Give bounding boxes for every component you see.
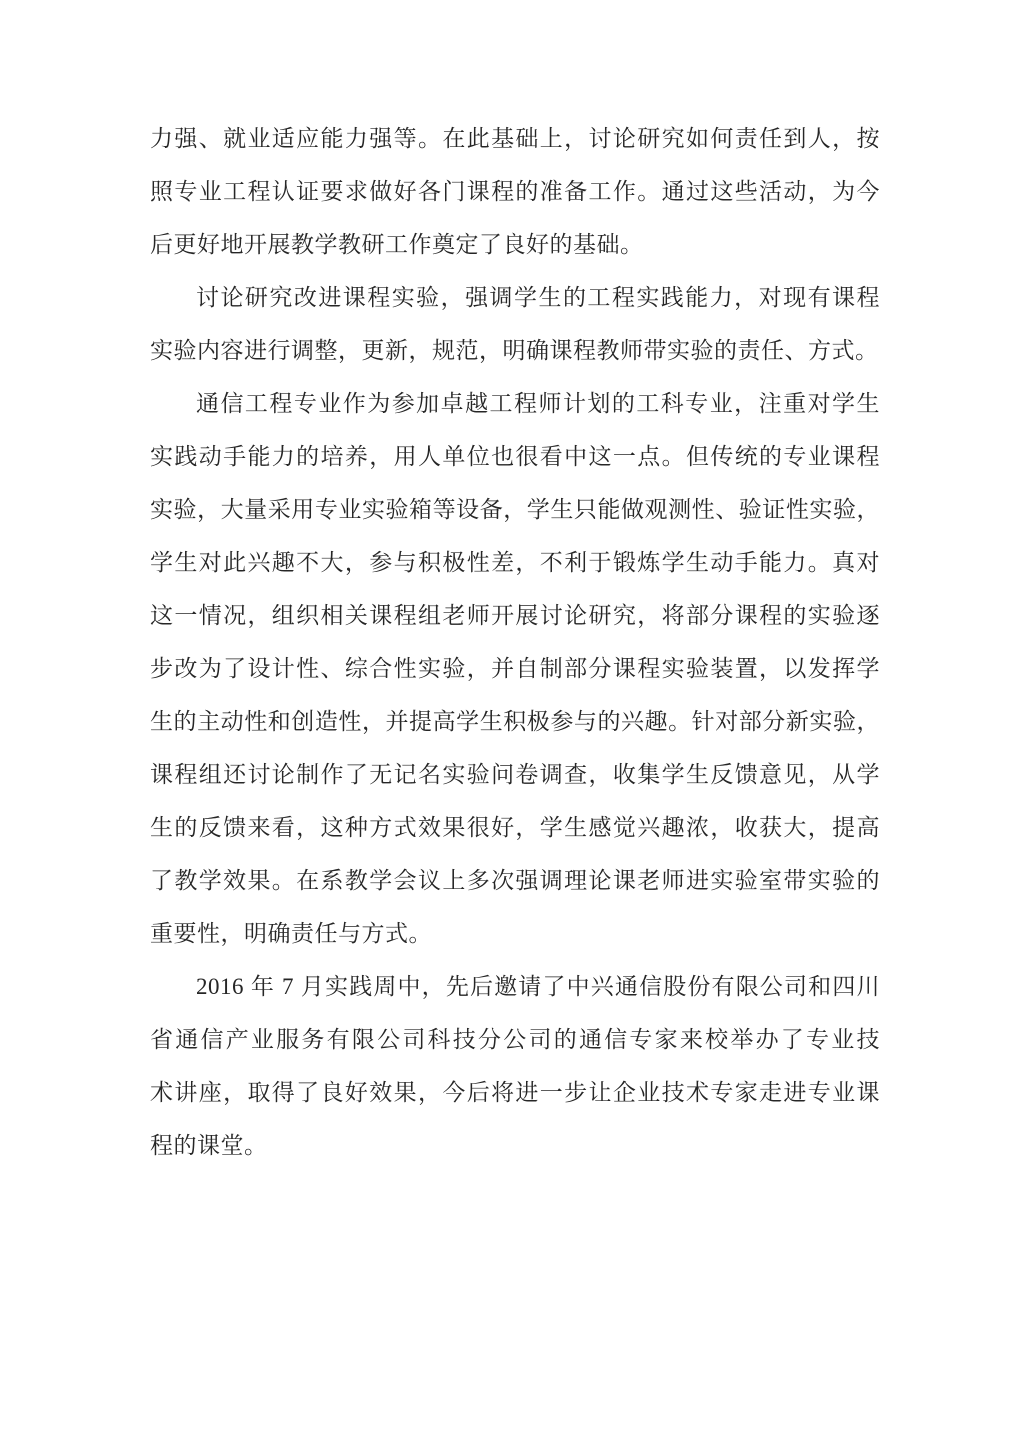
- text-line: 力强、就业适应能力强等。在此基础上，讨论研究如何责任到人，按: [150, 112, 880, 165]
- text-line: 省通信产业服务有限公司科技分公司的通信专家来校举办了专业技: [150, 1013, 880, 1066]
- text-line: 实验内容进行调整，更新，规范，明确课程教师带实验的责任、方式。: [150, 324, 880, 377]
- paragraph: 力强、就业适应能力强等。在此基础上，讨论研究如何责任到人，按照专业工程认证要求做…: [150, 112, 880, 271]
- text-line: 术讲座，取得了良好效果，今后将进一步让企业技术专家走进专业课: [150, 1066, 880, 1119]
- text-line: 程的课堂。: [150, 1119, 880, 1172]
- document-body: 力强、就业适应能力强等。在此基础上，讨论研究如何责任到人，按照专业工程认证要求做…: [150, 112, 880, 1172]
- document-page: 力强、就业适应能力强等。在此基础上，讨论研究如何责任到人，按照专业工程认证要求做…: [0, 0, 1024, 1448]
- text-line: 后更好地开展教学教研工作奠定了良好的基础。: [150, 218, 880, 271]
- text-line: 讨论研究改进课程实验，强调学生的工程实践能力，对现有课程: [150, 271, 880, 324]
- text-line: 生的反馈来看，这种方式效果很好，学生感觉兴趣浓，收获大，提高: [150, 801, 880, 854]
- text-line: 学生对此兴趣不大，参与积极性差，不利于锻炼学生动手能力。真对: [150, 536, 880, 589]
- text-line: 实验，大量采用专业实验箱等设备，学生只能做观测性、验证性实验，: [150, 483, 880, 536]
- text-line: 通信工程专业作为参加卓越工程师计划的工科专业，注重对学生: [150, 377, 880, 430]
- paragraph: 通信工程专业作为参加卓越工程师计划的工科专业，注重对学生实践动手能力的培养，用人…: [150, 377, 880, 960]
- text-line: 了教学效果。在系教学会议上多次强调理论课老师进实验室带实验的: [150, 854, 880, 907]
- text-line: 实践动手能力的培养，用人单位也很看中这一点。但传统的专业课程: [150, 430, 880, 483]
- text-line: 这一情况，组织相关课程组老师开展讨论研究，将部分课程的实验逐: [150, 589, 880, 642]
- paragraph: 讨论研究改进课程实验，强调学生的工程实践能力，对现有课程实验内容进行调整，更新，…: [150, 271, 880, 377]
- paragraph: 2016 年 7 月实践周中，先后邀请了中兴通信股份有限公司和四川省通信产业服务…: [150, 960, 880, 1172]
- text-line: 重要性，明确责任与方式。: [150, 907, 880, 960]
- text-line: 2016 年 7 月实践周中，先后邀请了中兴通信股份有限公司和四川: [150, 960, 880, 1013]
- text-line: 步改为了设计性、综合性实验，并自制部分课程实验装置，以发挥学: [150, 642, 880, 695]
- text-line: 照专业工程认证要求做好各门课程的准备工作。通过这些活动，为今: [150, 165, 880, 218]
- text-line: 课程组还讨论制作了无记名实验问卷调查，收集学生反馈意见，从学: [150, 748, 880, 801]
- text-line: 生的主动性和创造性，并提高学生积极参与的兴趣。针对部分新实验，: [150, 695, 880, 748]
